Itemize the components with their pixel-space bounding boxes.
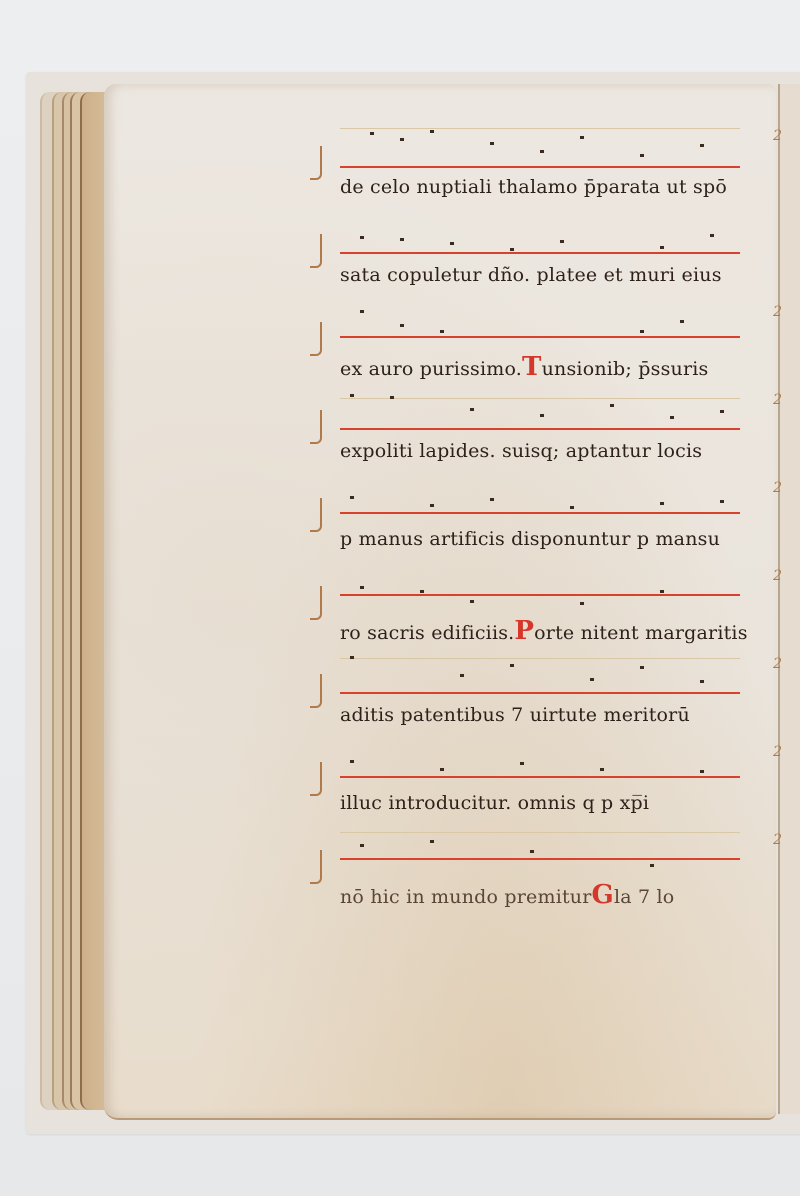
facing-page-edge bbox=[778, 84, 800, 1114]
music-system: 2 expoliti lapides. suisq; aptantur loci… bbox=[340, 388, 740, 476]
lyric-text: la 7 lo bbox=[614, 886, 675, 908]
neume bbox=[590, 678, 594, 681]
neume bbox=[610, 404, 614, 407]
music-system: 2 nō hic in mundo premiturGla 7 lo bbox=[340, 828, 740, 916]
neume bbox=[600, 768, 604, 771]
neume bbox=[580, 602, 584, 605]
neume bbox=[640, 330, 644, 333]
neume bbox=[360, 236, 364, 239]
neume bbox=[560, 240, 564, 243]
neume bbox=[520, 762, 524, 765]
rubricated-initial: P bbox=[514, 616, 534, 646]
neume bbox=[640, 154, 644, 157]
neume bbox=[400, 324, 404, 327]
neume bbox=[660, 590, 664, 593]
music-system: 2 ro sacris edificiis.Porte nitent marga… bbox=[340, 564, 740, 652]
neume bbox=[660, 246, 664, 249]
music-system: 2 illuc introducitur. omnis q p xp̅i bbox=[340, 740, 740, 828]
lyric-text: ro sacris edificiis. bbox=[340, 622, 514, 644]
neume bbox=[350, 394, 354, 397]
lyric-text: unsionib; p̄ssuris bbox=[542, 358, 709, 380]
lyric-text: ex auro purissimo. bbox=[340, 358, 522, 380]
margin-mark: 2 bbox=[773, 568, 782, 584]
neume bbox=[640, 666, 644, 669]
neume bbox=[680, 320, 684, 323]
lyric-line: sata copuletur dño. platee et muri eius bbox=[340, 264, 722, 286]
neume bbox=[490, 142, 494, 145]
margin-mark: 2 bbox=[773, 392, 782, 408]
margin-mark: 2 bbox=[773, 832, 782, 848]
music-system: 2 ex auro purissimo.Tunsionib; p̄ssuris bbox=[340, 300, 740, 388]
margin-mark: 2 bbox=[773, 744, 782, 760]
red-staff-line bbox=[340, 776, 740, 778]
margin-mark: 2 bbox=[773, 656, 782, 672]
red-staff-line bbox=[340, 252, 740, 254]
neume bbox=[360, 586, 364, 589]
neume bbox=[430, 504, 434, 507]
drypoint-staff-line bbox=[340, 128, 740, 129]
margin-mark: 2 bbox=[773, 304, 782, 320]
neume bbox=[390, 396, 394, 399]
neume bbox=[710, 234, 714, 237]
lyric-line: illuc introducitur. omnis q p xp̅i bbox=[340, 792, 649, 814]
neume bbox=[450, 242, 454, 245]
neume bbox=[350, 760, 354, 763]
red-staff-line bbox=[340, 858, 740, 860]
lyric-line: ex auro purissimo.Tunsionib; p̄ssuris bbox=[340, 352, 708, 382]
neume bbox=[470, 408, 474, 411]
neume bbox=[490, 498, 494, 501]
neume bbox=[440, 330, 444, 333]
neume bbox=[350, 656, 354, 659]
lyric-text: nō hic in mundo premitur bbox=[340, 886, 592, 908]
neume bbox=[580, 136, 584, 139]
neume bbox=[660, 502, 664, 505]
custos-mark bbox=[310, 410, 322, 444]
drypoint-staff-line bbox=[340, 832, 740, 833]
neume bbox=[700, 680, 704, 683]
neume bbox=[400, 138, 404, 141]
drypoint-staff-line bbox=[340, 658, 740, 659]
red-staff-line bbox=[340, 166, 740, 168]
neume bbox=[570, 506, 574, 509]
custos-mark bbox=[310, 762, 322, 796]
custos-mark bbox=[310, 850, 322, 884]
margin-mark: 2 bbox=[773, 480, 782, 496]
music-system: 2 p manus artificis disponuntur p mansu bbox=[340, 476, 740, 564]
drypoint-staff-line bbox=[340, 398, 740, 399]
neume bbox=[360, 844, 364, 847]
neume bbox=[370, 132, 374, 135]
neume bbox=[440, 768, 444, 771]
neume bbox=[400, 238, 404, 241]
neume bbox=[700, 144, 704, 147]
neume bbox=[700, 770, 704, 773]
neume bbox=[430, 130, 434, 133]
neume bbox=[470, 600, 474, 603]
red-staff-line bbox=[340, 512, 740, 514]
rubricated-initial: T bbox=[522, 352, 542, 382]
neume bbox=[350, 496, 354, 499]
neume bbox=[360, 310, 364, 313]
music-system: sata copuletur dño. platee et muri eius bbox=[340, 212, 740, 300]
lyric-line: aditis patentibus 7 uirtute meritorū bbox=[340, 704, 690, 726]
lyric-text: orte nitent margaritis bbox=[534, 622, 747, 644]
custos-mark bbox=[310, 322, 322, 356]
manuscript-page: 2 de celo nuptiali thalamo p̄parata ut s… bbox=[104, 84, 776, 1120]
red-staff-line bbox=[340, 428, 740, 430]
lyric-line: expoliti lapides. suisq; aptantur locis bbox=[340, 440, 702, 462]
red-staff-line bbox=[340, 692, 740, 694]
neume bbox=[720, 500, 724, 503]
neume bbox=[530, 850, 534, 853]
custos-mark bbox=[310, 586, 322, 620]
lyric-line: p manus artificis disponuntur p mansu bbox=[340, 528, 720, 550]
custos-mark bbox=[310, 234, 322, 268]
lyric-line: ro sacris edificiis.Porte nitent margari… bbox=[340, 616, 748, 646]
music-system: 2 de celo nuptiali thalamo p̄parata ut s… bbox=[340, 124, 740, 212]
rubricated-initial: G bbox=[592, 880, 614, 910]
neume bbox=[460, 674, 464, 677]
neume bbox=[650, 864, 654, 867]
music-system: 2 aditis patentibus 7 uirtute meritorū bbox=[340, 652, 740, 740]
margin-mark: 2 bbox=[773, 128, 782, 144]
notation-text-block: 2 de celo nuptiali thalamo p̄parata ut s… bbox=[340, 124, 740, 916]
custos-mark bbox=[310, 498, 322, 532]
neume bbox=[720, 410, 724, 413]
red-staff-line bbox=[340, 336, 740, 338]
neume bbox=[540, 150, 544, 153]
custos-mark bbox=[310, 146, 322, 180]
red-staff-line bbox=[340, 594, 740, 596]
neume bbox=[670, 416, 674, 419]
lyric-line: de celo nuptiali thalamo p̄parata ut spo… bbox=[340, 176, 727, 198]
neume bbox=[510, 664, 514, 667]
lyric-line: nō hic in mundo premiturGla 7 lo bbox=[340, 880, 674, 910]
neume bbox=[540, 414, 544, 417]
neume bbox=[420, 590, 424, 593]
neume bbox=[430, 840, 434, 843]
neume bbox=[510, 248, 514, 251]
custos-mark bbox=[310, 674, 322, 708]
